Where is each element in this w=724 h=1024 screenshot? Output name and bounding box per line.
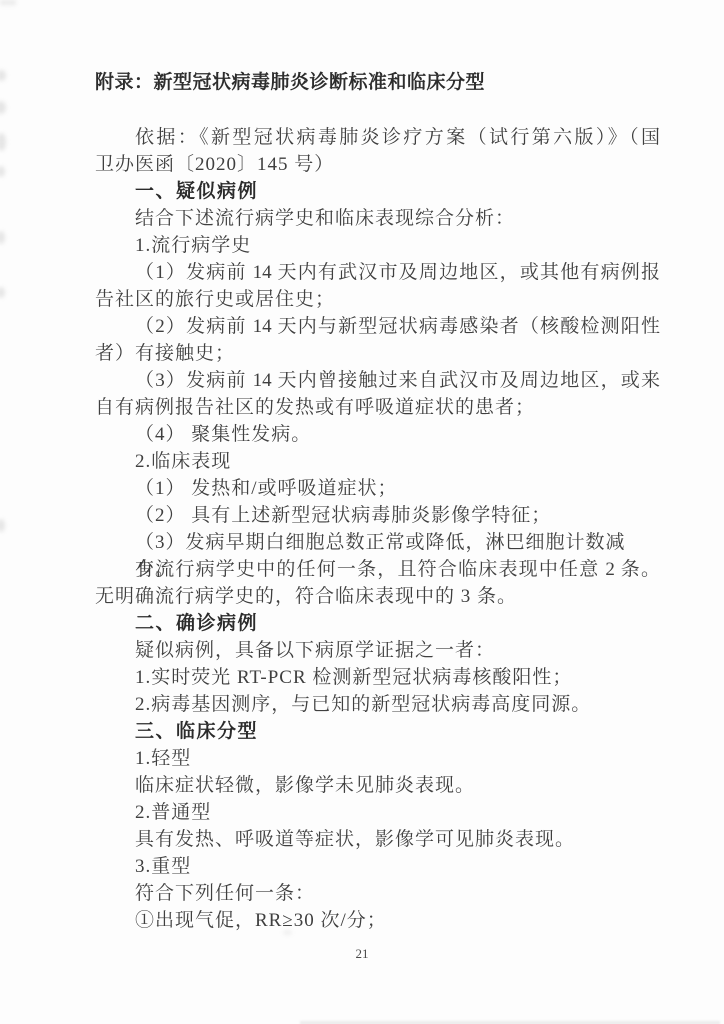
scan-smudge xyxy=(0,0,16,5)
section-heading: 一、疑似病例 xyxy=(95,178,660,205)
scan-smudge xyxy=(0,231,5,244)
text-line: 2.病毒基因测序，与已知的新型冠状病毒高度同源。 xyxy=(95,691,660,718)
text-line: 2.普通型 xyxy=(95,799,660,826)
text-line: 卫办医函〔2020〕145 号） xyxy=(95,151,660,178)
text-line: 依据：《新型冠状病毒肺炎诊疗方案（试行第六版）》（国 xyxy=(95,124,660,151)
text-line: （4） 聚集性发病。 xyxy=(95,421,660,448)
scan-smudge xyxy=(0,287,5,298)
scan-smudge xyxy=(0,519,5,532)
section-heading: 二、确诊病例 xyxy=(95,610,660,637)
text-line: 自有病例报告社区的发热或有呼吸道症状的患者； xyxy=(95,394,660,421)
document-page: 附录：新型冠状病毒肺炎诊断标准和临床分型 依据：《新型冠状病毒肺炎诊疗方案（试行… xyxy=(0,0,724,1024)
text-line: 结合下述流行病学史和临床表现综合分析： xyxy=(95,205,660,232)
text-line: （1）发病前 14 天内有武汉市及周边地区，或其他有病例报 xyxy=(95,259,660,286)
text-line: 符合下列任何一条： xyxy=(95,880,660,907)
text-line: 1.流行病学史 xyxy=(95,232,660,259)
text-line: 有流行病学史中的任何一条，且符合临床表现中任意 2 条。 xyxy=(95,556,660,583)
scan-smudge xyxy=(0,70,6,81)
text-line: 2.临床表现 xyxy=(95,448,660,475)
text-line: 具有发热、呼吸道等症状，影像学可见肺炎表现。 xyxy=(95,826,660,853)
text-line: （3）发病早期白细胞总数正常或降低，淋巴细胞计数减少。 xyxy=(95,529,660,556)
text-line: 者）有接触史； xyxy=(95,340,660,367)
section-heading: 三、临床分型 xyxy=(95,718,660,745)
text-line: （1） 发热和/或呼吸道症状； xyxy=(95,475,660,502)
page-number: 21 xyxy=(0,946,724,962)
text-line: 1.实时荧光 RT-PCR 检测新型冠状病毒核酸阳性； xyxy=(95,664,660,691)
document-body: 依据：《新型冠状病毒肺炎诊疗方案（试行第六版）》（国卫办医函〔2020〕145 … xyxy=(95,124,660,934)
text-line: 1.轻型 xyxy=(95,745,660,772)
text-line: 3.重型 xyxy=(95,853,660,880)
text-line: 疑似病例，具备以下病原学证据之一者： xyxy=(95,637,660,664)
text-line: 无明确流行病学史的，符合临床表现中的 3 条。 xyxy=(95,583,660,610)
scan-smudge xyxy=(0,166,5,177)
text-line: 告社区的旅行史或居住史； xyxy=(95,286,660,313)
text-line: ①出现气促，RR≥30 次/分； xyxy=(95,907,660,934)
document-title: 附录：新型冠状病毒肺炎诊断标准和临床分型 xyxy=(95,71,485,95)
text-line: 临床症状轻微，影像学未见肺炎表现。 xyxy=(95,772,660,799)
text-line: （3）发病前 14 天内曾接触过来自武汉市及周边地区，或来 xyxy=(95,367,660,394)
text-line: （2） 具有上述新型冠状病毒肺炎影像学特征； xyxy=(95,502,660,529)
scan-smudge xyxy=(0,101,6,114)
text-line: （2）发病前 14 天内与新型冠状病毒感染者（核酸检测阳性 xyxy=(95,313,660,340)
scan-smudge xyxy=(0,133,6,151)
